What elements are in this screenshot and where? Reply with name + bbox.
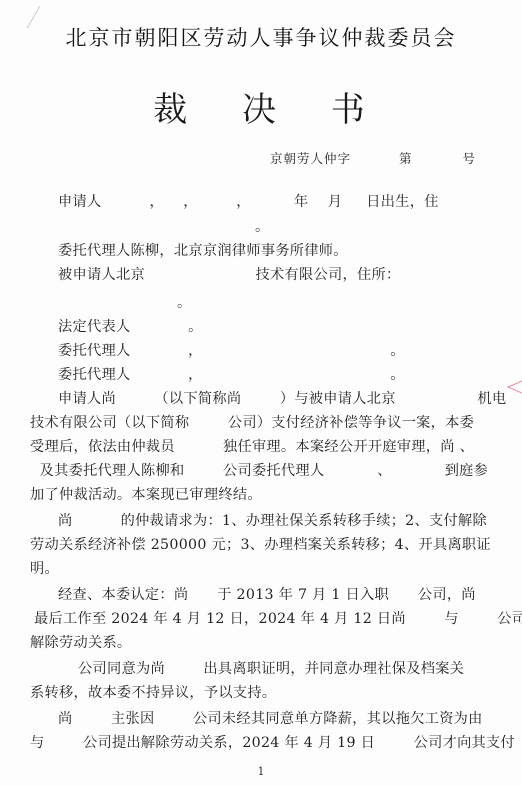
- text-line: 公司同意为尚 出具离职证明，并同意办理社保及档案关: [78, 658, 464, 678]
- case-number: 京朝劳人仲字 第 号: [270, 149, 476, 167]
- text-line: 申请人尚 （以下简称尚 ）与被申请人北京 机电: [58, 388, 506, 408]
- organization-heading: 北京市朝阳区劳动人事争议仲裁委员会: [0, 22, 522, 52]
- case-number-prefix: 京朝劳人仲字: [270, 149, 351, 167]
- text-line: 最后工作至 2024 年 4 月 12 日，2024 年 4 月 12 日尚 与…: [34, 608, 522, 628]
- text-line: 受理后，依法由仲裁员 独任审理。本案经公开开庭审理，尚 、: [30, 436, 474, 456]
- text-line: 经查、本委认定：尚 于 2013 年 7 月 1 日入职 公司，尚: [58, 584, 476, 604]
- red-annotation-mark-icon: [505, 378, 522, 396]
- case-number-di: 第: [399, 149, 413, 167]
- text-line: 委托代理人陈柳，北京京润律师事务所律师。: [58, 240, 348, 260]
- page-number: 1: [0, 765, 522, 778]
- text-line: 尚 主张因 公司未经其同意单方降薪，其以拖欠工资为由: [58, 708, 483, 728]
- text-line: 及其委托代理人陈柳和 公司委托代理人 、 到庭参: [30, 460, 488, 480]
- text-line: 委托代理人 ， 。: [58, 364, 405, 384]
- text-line: 技术有限公司（以下简称 公司）支付经济补偿等争议一案，本委: [30, 412, 474, 432]
- document-title: 裁 决 书: [0, 82, 522, 131]
- text-line: 委托代理人 ， 。: [58, 340, 405, 360]
- text-line: 。: [255, 216, 270, 236]
- text-line: 加了仲裁活动。本案现已审理终结。: [30, 484, 262, 504]
- text-line: 与 公司提出解除劳动关系，2024 年 4 月 19 日 公司才向其支付: [30, 732, 515, 752]
- text-line: 。: [177, 292, 192, 312]
- text-line: 劳动关系经济补偿 250000 元；3、办理档案关系转移；4、开具离职证: [30, 534, 491, 554]
- text-line: 法定代表人 。: [58, 316, 203, 336]
- text-line: 被申请人北京 技术有限公司，住所：: [58, 264, 400, 284]
- text-line: 解除劳动关系。: [30, 632, 131, 652]
- text-line: 尚 的仲裁请求为：1、办理社保关系转移手续；2、支付解除: [58, 510, 487, 530]
- document-page: 北京市朝阳区劳动人事争议仲裁委员会 裁 决 书 京朝劳人仲字 第 号 申请人 ，…: [0, 0, 522, 786]
- text-line: 申请人 ， ， ， 年 月 日出生，住: [58, 191, 439, 211]
- case-number-hao: 号: [462, 149, 476, 167]
- text-line: 系转移，故本委不持异议，予以支持。: [30, 682, 276, 702]
- text-line: 明。: [30, 558, 59, 578]
